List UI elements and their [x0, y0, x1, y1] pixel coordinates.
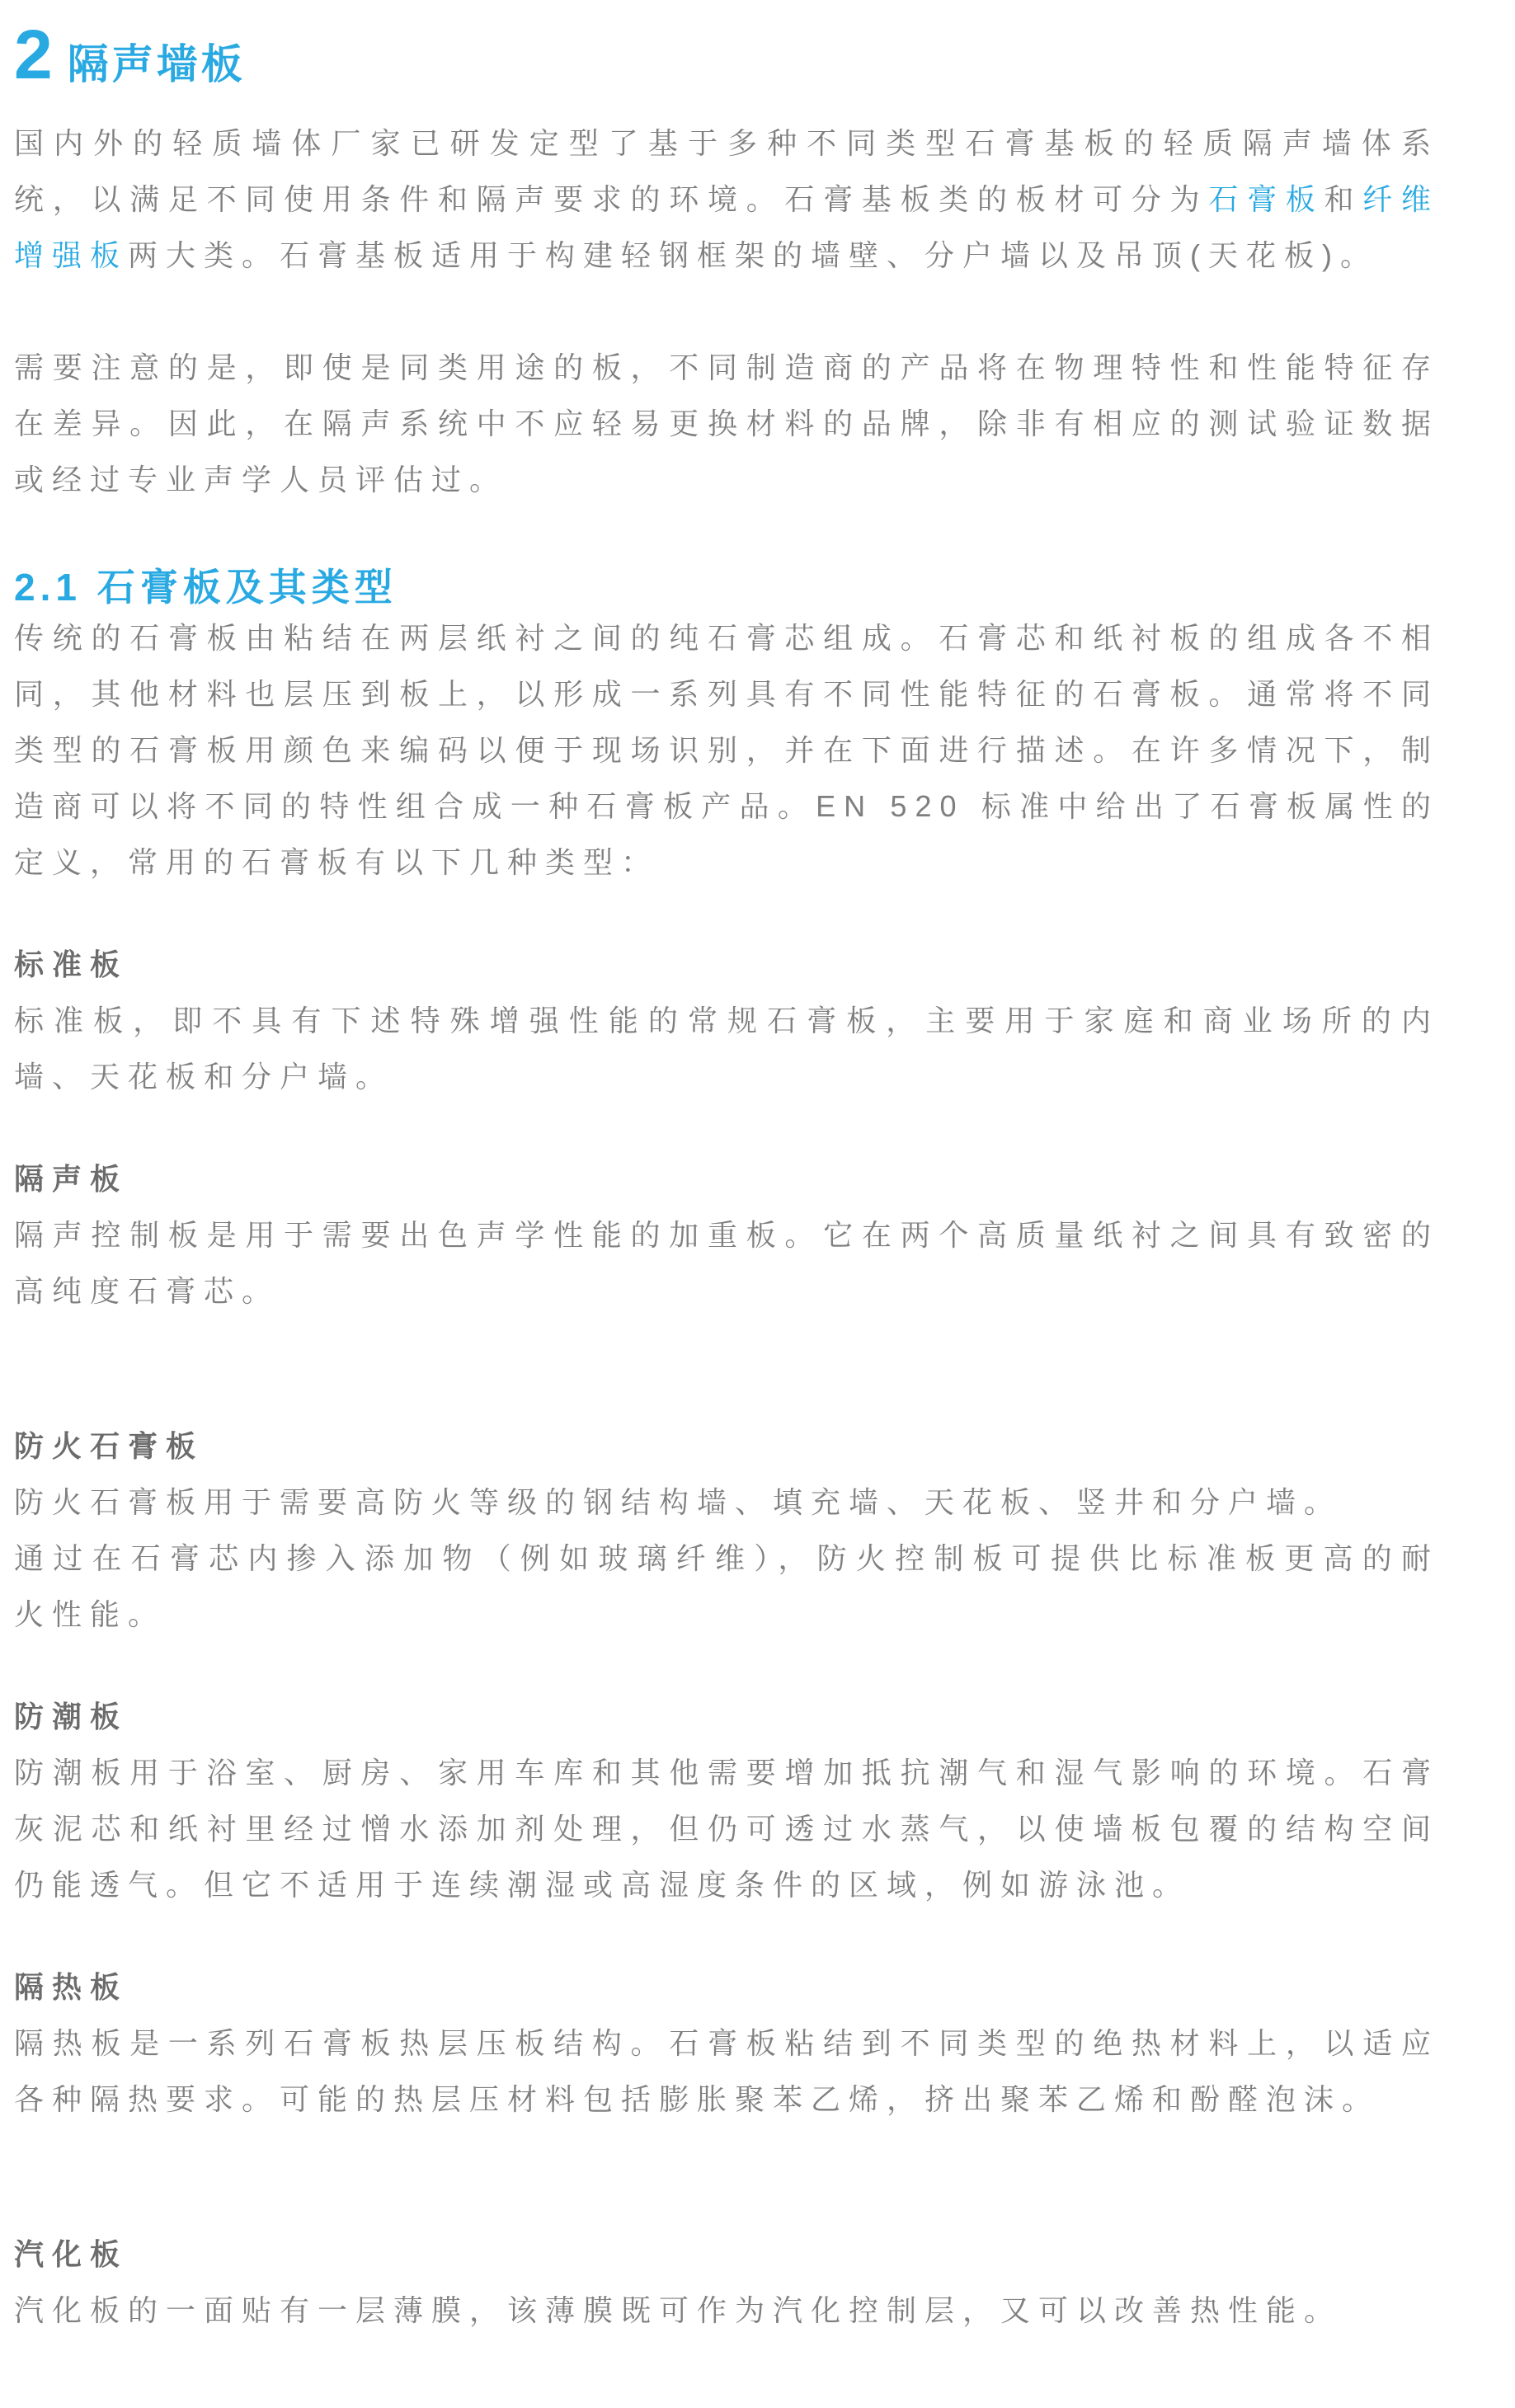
board-type-name: 汽化板 — [14, 2227, 1439, 2283]
intro-paragraph-1: 国内外的轻质墙体厂家已研发定型了基于多种不同类型石膏基板的轻质隔声墙体系统，以满… — [14, 115, 1439, 284]
paragraph-text: 和 — [1324, 182, 1363, 216]
board-type-name: 隔热板 — [14, 1959, 1439, 2015]
board-type-desc: 标准板，即不具有下述特殊增强性能的常规石膏板，主要用于家庭和商业场所的内墙、天花… — [14, 993, 1439, 1105]
board-type-name: 标准板 — [14, 937, 1439, 993]
board-type-section-moistureproof: 防潮板 防潮板用于浴室、厨房、家用车库和其他需要增加抵抗潮气和湿气影响的环境。石… — [14, 1689, 1439, 1913]
board-type-desc: 防潮板用于浴室、厨房、家用车库和其他需要增加抵抗潮气和湿气影响的环境。石膏灰泥芯… — [14, 1745, 1439, 1913]
board-type-desc: 汽化板的一面贴有一层薄膜，该薄膜既可作为汽化控制层，又可以改善热性能。 — [14, 2283, 1439, 2339]
board-type-desc: 通过在石膏芯内掺入添加物（例如玻璃纤维），防火控制板可提供比标准板更高的耐火性能… — [14, 1531, 1439, 1643]
section-heading-2-1: 2.1 石膏板及其类型 — [14, 564, 1439, 610]
document-page: 2隔声墙板 国内外的轻质墙体厂家已研发定型了基于多种不同类型石膏基板的轻质隔声墙… — [0, 0, 1515, 2408]
board-type-desc: 隔声控制板是用于需要出色声学性能的加重板。它在两个高质量纸衬之间具有致密的高纯度… — [14, 1207, 1439, 1319]
section-intro-paragraph: 传统的石膏板由粘结在两层纸衬之间的纯石膏芯组成。石膏芯和纸衬板的组成各不相同，其… — [14, 610, 1439, 891]
board-type-section-vapor: 汽化板 汽化板的一面贴有一层薄膜，该薄膜既可作为汽化控制层，又可以改善热性能。 — [14, 2227, 1439, 2339]
board-type-name: 隔声板 — [14, 1151, 1439, 1207]
page-title: 2隔声墙板 — [14, 16, 1439, 107]
intro-paragraph-2: 需要注意的是，即使是同类用途的板，不同制造商的产品将在物理特性和性能特征存在差异… — [14, 340, 1439, 508]
link-gypsum-board[interactable]: 石膏板 — [1208, 182, 1324, 216]
board-type-name: 防潮板 — [14, 1689, 1439, 1745]
board-type-section-fireproof: 防火石膏板 防火石膏板用于需要高防火等级的钢结构墙、填充墙、天花板、竖井和分户墙… — [14, 1418, 1439, 1643]
board-type-name: 防火石膏板 — [14, 1418, 1439, 1474]
board-type-section-thermal-insulation: 隔热板 隔热板是一系列石膏板热层压板结构。石膏板粘结到不同类型的绝热材料上，以适… — [14, 1959, 1439, 2128]
board-type-section-sound-insulation: 隔声板 隔声控制板是用于需要出色声学性能的加重板。它在两个高质量纸衬之间具有致密… — [14, 1151, 1439, 1319]
board-type-desc: 防火石膏板用于需要高防火等级的钢结构墙、填充墙、天花板、竖井和分户墙。 — [14, 1474, 1439, 1531]
board-type-desc: 隔热板是一系列石膏板热层压板结构。石膏板粘结到不同类型的绝热材料上，以适应各种隔… — [14, 2015, 1439, 2128]
paragraph-text: 两大类。石膏基板适用于构建轻钢框架的墙壁、分户墙以及吊顶(天花板)。 — [128, 238, 1378, 272]
chapter-title: 隔声墙板 — [68, 41, 246, 87]
board-type-section-standard: 标准板 标准板，即不具有下述特殊增强性能的常规石膏板，主要用于家庭和商业场所的内… — [14, 937, 1439, 1105]
chapter-number: 2 — [14, 16, 53, 93]
